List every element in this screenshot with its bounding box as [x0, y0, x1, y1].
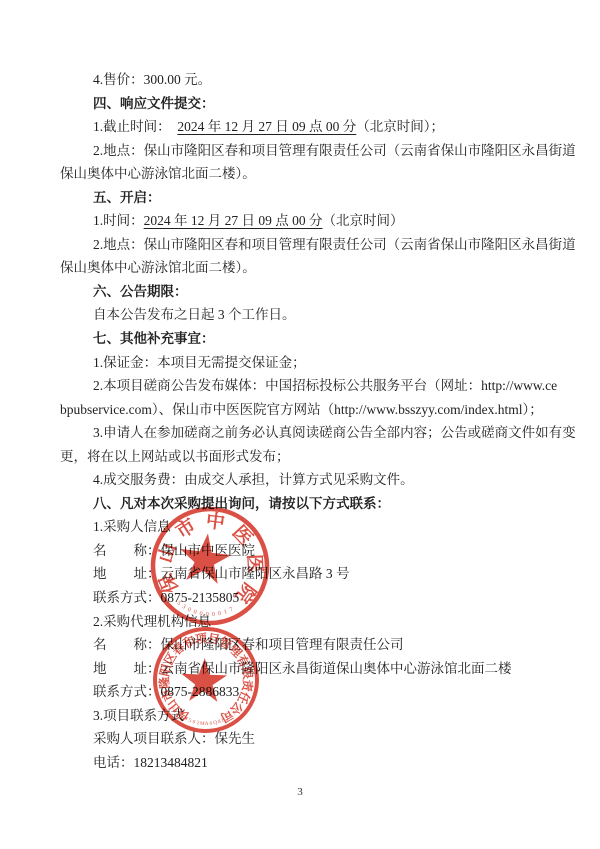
text-run: 四、响应文件提交：: [93, 96, 215, 111]
document-line: 4.售价：300.00 元。: [60, 68, 540, 92]
text-run: 4.成交服务费：由成交人承担，计算方式见采购文件。: [93, 472, 414, 487]
document-line: 2.地点：保山市隆阳区春和项目管理有限责任公司（云南省保山市隆阳区永昌街道: [60, 233, 540, 257]
document-line: 五、开启：: [60, 186, 540, 210]
text-run: 名 称：保山市中医医院: [93, 543, 255, 558]
text-run: 3.项目联系方式: [93, 708, 184, 723]
document-line: 联系方式：0875-2886833: [60, 680, 540, 704]
document-line: 2.本项目磋商公告发布媒体：中国招标投标公共服务平台（网址：http://www…: [60, 374, 540, 398]
text-run: 采购人项目联系人：保先生: [93, 731, 255, 746]
document-line: 2.采购代理机构信息: [60, 610, 540, 634]
text-run: 名 称：保山市隆阳区春和项目管理有限责任公司: [93, 637, 404, 652]
document-line: 1.保证金：本项目无需提交保证金；: [60, 351, 540, 375]
text-run: 联系方式：0875-2135805: [93, 590, 239, 605]
text-run: bpubservice.com）、保山市中医医院官方网站（http://www.…: [60, 402, 543, 417]
document-line: 2.地点：保山市隆阳区春和项目管理有限责任公司（云南省保山市隆阳区永昌街道: [60, 139, 540, 163]
document-line: 电话：18213484821: [60, 751, 540, 775]
text-run: 六、公告期限：: [93, 284, 188, 299]
document-line: 3.项目联系方式: [60, 704, 540, 728]
text-run: 4.售价：300.00 元。: [93, 72, 211, 87]
document-line: 采购人项目联系人：保先生: [60, 727, 540, 751]
document-line: 七、其他补充事宜：: [60, 327, 540, 351]
text-run: 自本公告发布之日起 3 个工作日。: [93, 307, 296, 322]
document-line: 保山奥体中心游泳馆北面二楼）。: [60, 162, 540, 186]
document-page: 4.售价：300.00 元。四、响应文件提交：1.截止时间： 2024 年 12…: [0, 0, 600, 849]
document-line: 八、凡对本次采购提出询问，请按以下方式联系：: [60, 492, 540, 516]
text-run: 1.时间：: [93, 213, 144, 228]
text-run: 保山奥体中心游泳馆北面二楼）。: [60, 260, 256, 275]
text-run: 更，将在以上网站或以书面形式发布；: [60, 449, 290, 464]
document-line: 六、公告期限：: [60, 280, 540, 304]
text-run: 地 址：云南省保山市隆阳区永昌路 3 号: [93, 566, 350, 581]
text-run: 2.采购代理机构信息: [93, 614, 211, 629]
text-run: 3.申请人在参加磋商之前务必认真阅读磋商公告全部内容；公告或磋商文件如有变: [93, 425, 576, 440]
text-run: 保山奥体中心游泳馆北面二楼）。: [60, 166, 256, 181]
text-run: 1.截止时间：: [93, 119, 177, 134]
text-run: 1.保证金：本项目无需提交保证金；: [93, 355, 306, 370]
text-run: 2.本项目磋商公告发布媒体：中国招标投标公共服务平台（网址：http://www…: [93, 378, 557, 393]
text-run: （北京时间）: [323, 213, 404, 228]
document-line: 名 称：保山市中医医院: [60, 539, 540, 563]
document-line: 四、响应文件提交：: [60, 92, 540, 116]
document-line: 1.截止时间： 2024 年 12 月 27 日 09 点 00 分（北京时间）…: [60, 115, 540, 139]
text-run: 七、其他补充事宜：: [93, 331, 215, 346]
document-line: 名 称：保山市隆阳区春和项目管理有限责任公司: [60, 633, 540, 657]
text-run: 2.地点：保山市隆阳区春和项目管理有限责任公司（云南省保山市隆阳区永昌街道: [93, 237, 576, 252]
document-body: 4.售价：300.00 元。四、响应文件提交：1.截止时间： 2024 年 12…: [60, 68, 540, 774]
document-line: 3.申请人在参加磋商之前务必认真阅读磋商公告全部内容；公告或磋商文件如有变: [60, 421, 540, 445]
text-run: 1.采购人信息: [93, 519, 171, 534]
page-number: 3: [0, 786, 600, 798]
document-line: 1.时间：2024 年 12 月 27 日 09 点 00 分（北京时间）: [60, 209, 540, 233]
text-run: 八、凡对本次采购提出询问，请按以下方式联系：: [93, 496, 390, 511]
document-line: bpubservice.com）、保山市中医医院官方网站（http://www.…: [60, 398, 540, 422]
underlined-text: 2024 年 12 月 27 日 09 点 00 分: [144, 213, 323, 228]
document-line: 地 址：云南省保山市隆阳区永昌路 3 号: [60, 562, 540, 586]
document-line: 4.成交服务费：由成交人承担，计算方式见采购文件。: [60, 468, 540, 492]
text-run: 联系方式：0875-2886833: [93, 684, 239, 699]
document-line: 保山奥体中心游泳馆北面二楼）。: [60, 256, 540, 280]
text-run: 五、开启：: [93, 190, 161, 205]
document-line: 联系方式：0875-2135805: [60, 586, 540, 610]
document-line: 地 址：云南省保山市隆阳区永昌街道保山奥体中心游泳馆北面二楼: [60, 657, 540, 681]
text-run: 电话：18213484821: [93, 755, 208, 770]
document-line: 更，将在以上网站或以书面形式发布；: [60, 445, 540, 469]
document-line: 自本公告发布之日起 3 个工作日。: [60, 303, 540, 327]
document-line: 1.采购人信息: [60, 515, 540, 539]
text-run: 地 址：云南省保山市隆阳区永昌街道保山奥体中心游泳馆北面二楼: [93, 661, 512, 676]
text-run: （北京时间）；: [356, 119, 444, 134]
text-run: 2.地点：保山市隆阳区春和项目管理有限责任公司（云南省保山市隆阳区永昌街道: [93, 143, 576, 158]
underlined-text: 2024 年 12 月 27 日 09 点 00 分: [177, 119, 356, 134]
